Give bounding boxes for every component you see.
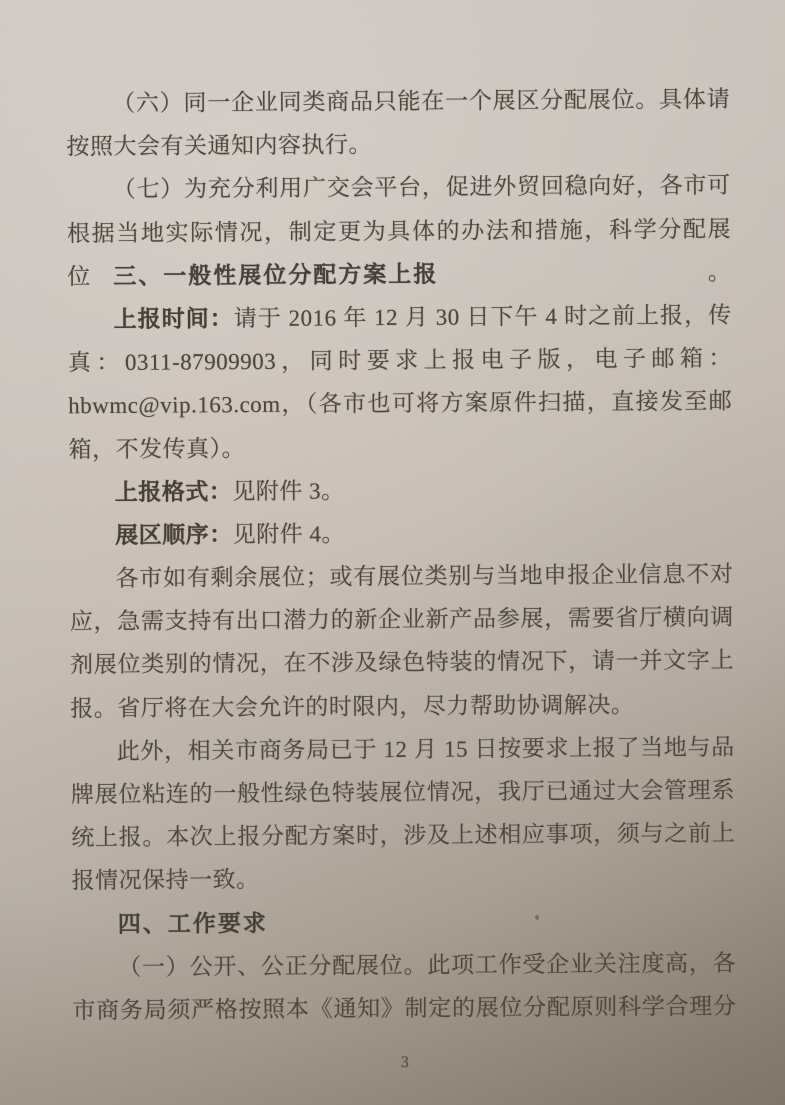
- section-heading-4: 四、工作要求: [72, 898, 736, 946]
- doc-line: （一）公开、公正分配展位。此项工作受企业关注度高，各: [72, 941, 736, 989]
- doc-line: 报。省厅将在大会允许的时限内，尽力帮助协调解决。: [70, 682, 734, 730]
- doc-line: 报情况保持一致。: [71, 855, 735, 903]
- doc-line: 应，急需支持有出口潜力的新企业新产品参展，需要省厅横向调: [70, 596, 734, 644]
- field-value: 请于 2016 年 12 月 30 日下午 4 时之前上报，传: [234, 303, 732, 331]
- doc-line: （七）为充分利用广交会平台，促进外贸回稳向好，各市可: [67, 164, 731, 212]
- doc-line: 市商务局须严格按照本《通知》制定的展位分配原则科学合理分: [72, 985, 736, 1033]
- doc-line: 此外，相关市商务局已于 12 月 15 日按要求上报了当地与品: [71, 725, 735, 773]
- field-label: 展区顺序：: [115, 522, 233, 548]
- field-value: 见附件 3。: [232, 478, 344, 504]
- doc-line: 上报格式：见附件 3。: [69, 466, 733, 514]
- doc-line: 统上报。本次上报分配方案时，涉及上述相应事项，须与之前上: [71, 812, 735, 860]
- page-number: 3: [73, 1052, 737, 1075]
- doc-line: 真：0311-87909903，同时要求上报电子版，电子邮箱：: [68, 337, 732, 385]
- document-text-block: （六）同一企业同类商品只能在一个展区分配展位。具体请 按照大会有关通知内容执行。…: [66, 78, 737, 1075]
- doc-line: 剂展位类别的情况，在不涉及绿色特装的情况下，请一并文字上: [70, 639, 734, 687]
- document-page-photo: （六）同一企业同类商品只能在一个展区分配展位。具体请 按照大会有关通知内容执行。…: [0, 0, 785, 1105]
- doc-line: （六）同一企业同类商品只能在一个展区分配展位。具体请: [66, 78, 730, 126]
- doc-line: 按照大会有关通知内容执行。: [66, 121, 730, 169]
- field-label: 上报格式：: [115, 479, 233, 505]
- doc-line: 展区顺序：见附件 4。: [69, 510, 733, 558]
- field-value: 见附件 4。: [233, 521, 345, 547]
- doc-line: 箱，不发传真）。: [68, 423, 732, 471]
- doc-line: 牌展位粘连的一般性绿色特装展位情况，我厅已通过大会管理系: [71, 769, 735, 817]
- doc-line: 各市如有剩余展位；或有展位类别与当地申报企业信息不对: [69, 553, 733, 601]
- doc-line: hbwmc@vip.163.com，（各市也可将方案原件扫描，直接发至邮: [68, 380, 732, 428]
- doc-line: 上报时间：请于 2016 年 12 月 30 日下午 4 时之前上报，传: [68, 294, 732, 342]
- field-label: 上报时间：: [114, 306, 234, 332]
- paper-speck: [535, 915, 539, 920]
- doc-line: 根据当地实际情况，制定更为具体的办法和措施，科学分配展位。: [67, 207, 731, 255]
